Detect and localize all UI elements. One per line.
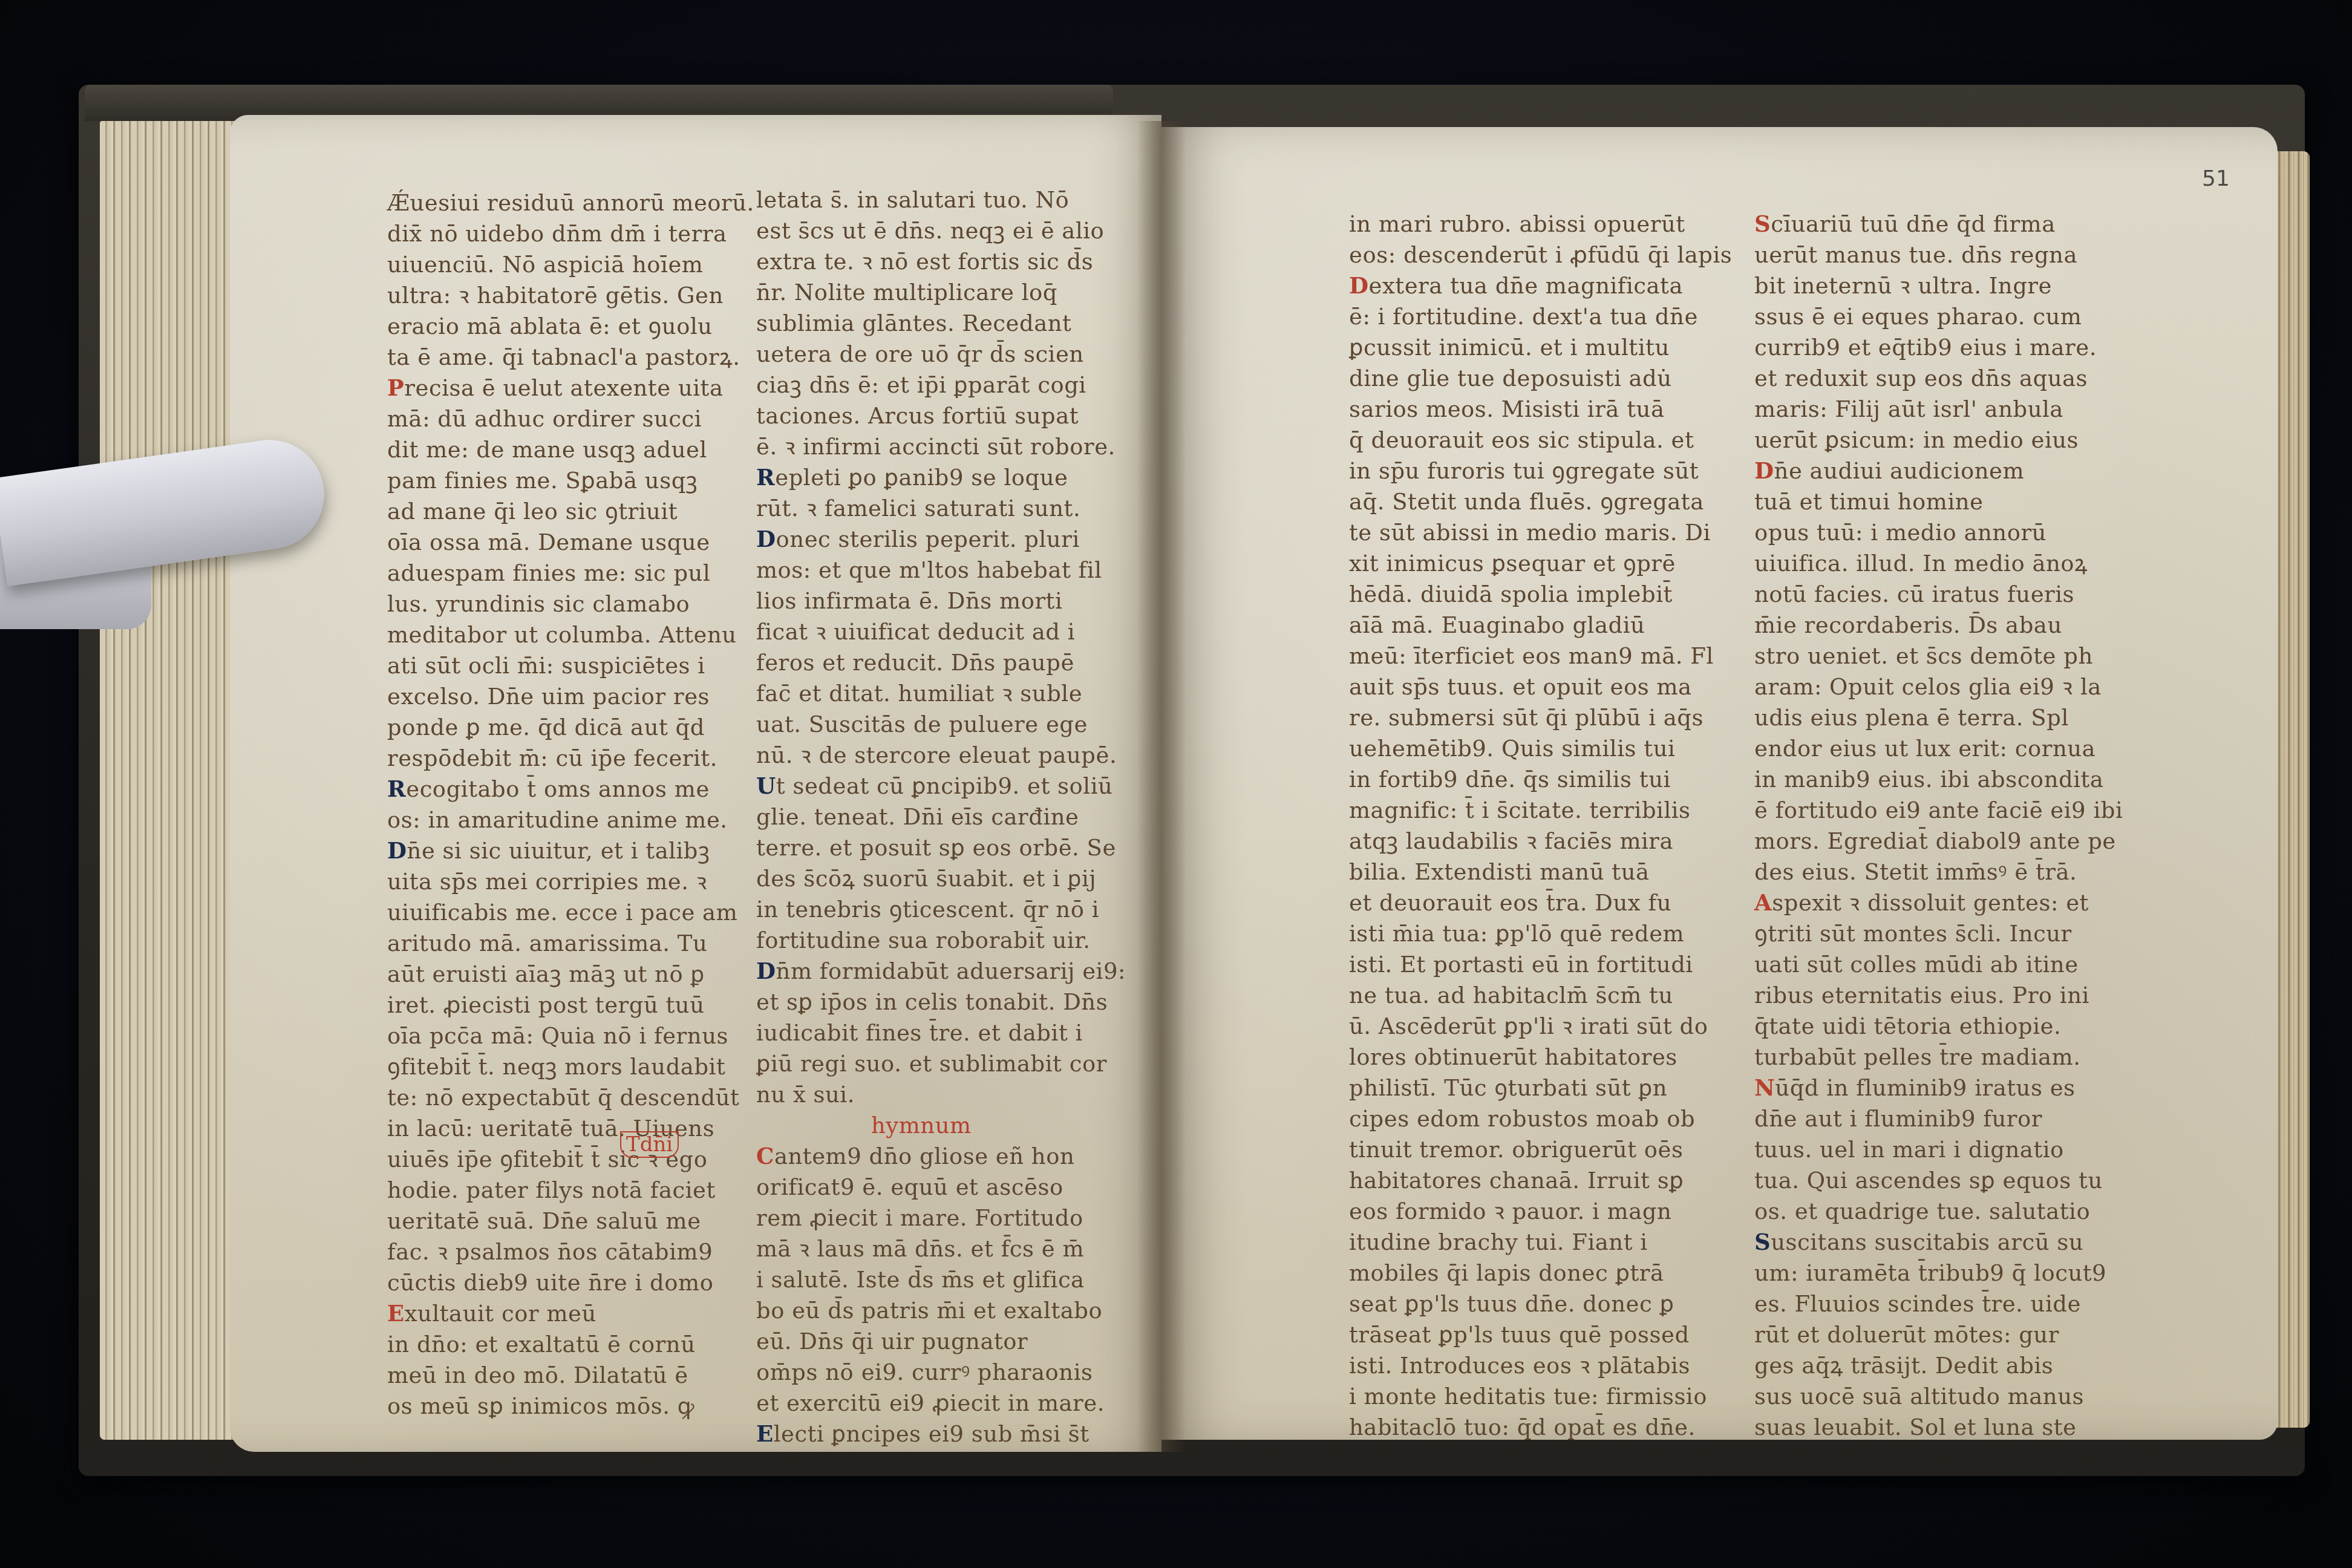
left-page-column-2: letata s̄. in salutari tuo. Nōest s̄cs u…	[756, 185, 1126, 1449]
manuscript-line: uiuēs ip̄e ꝯfitebit̄ t̄ sic ꝛ ego	[387, 1144, 754, 1175]
manuscript-line: ficat ꝛ uiuificat deducit ad i	[756, 616, 1126, 647]
decorated-initial: E	[387, 1300, 405, 1327]
manuscript-line: et deuorauit eos t̄ra. Dux fu	[1349, 887, 1732, 918]
manuscript-line: terre. et posuit sꝑ eos orbē. Se	[756, 832, 1126, 863]
manuscript-line: tuā et timui homine	[1754, 486, 2123, 517]
manuscript-line: rūt. ꝛ famelici saturati sunt.	[756, 493, 1126, 524]
manuscript-line: dine glie tue deposuisti adu̇	[1349, 363, 1732, 394]
manuscript-line: respōdebit m̄: cū ip̄e fecerit.	[387, 743, 754, 774]
decorated-initial: A	[1754, 889, 1772, 916]
manuscript-line: Cantem9 dn̄o gliose eñ hon	[756, 1141, 1126, 1172]
manuscript-line: nū. ꝛ de stercore eleuat paupē.	[756, 740, 1126, 771]
manuscript-line: iret. ꝓiecisti post tergū tuū	[387, 990, 754, 1021]
manuscript-line: Dextera tua dn̄e magnificata	[1349, 270, 1732, 301]
manuscript-line: uat. Suscitās de puluere ege	[756, 709, 1126, 740]
manuscript-line: te sūt abissi in medio maris. Di	[1349, 517, 1732, 548]
manuscript-line: isti. Et portasti eū in fortitudi	[1349, 949, 1732, 980]
manuscript-line: ad mane q̄i leo sic ꝯtriuit	[387, 496, 754, 527]
manuscript-line: aīā mā. Euaginabo gladiū	[1349, 610, 1732, 641]
manuscript-line: uiuifica. illud. In medio ānoꝝ	[1754, 548, 2123, 579]
manuscript-line: ꝯfitebit̄ t̄. neqꝫ mors laudabit	[387, 1051, 754, 1082]
manuscript-line: opus tuū: i medio annorū	[1754, 517, 2123, 548]
decorated-initial: S	[1754, 211, 1771, 237]
manuscript-line: stro ueniet. et s̄cs demōte ph	[1754, 641, 2123, 671]
rubric-hymnum: hymnum	[756, 1110, 1126, 1141]
manuscript-line: aritudo mā. amarissima. Tu	[387, 928, 754, 959]
manuscript-line: itudine brachy tui. Fiant i	[1349, 1227, 1732, 1258]
manuscript-line: mors. Egrediat̄ diabol9 ante pe	[1754, 826, 2123, 857]
manuscript-line: ssus ē ei eques pharao. cum	[1754, 301, 2123, 332]
manuscript-line: fortitudine sua roborabit̄ uir.	[756, 925, 1126, 956]
manuscript-line: auit sp̄s tuus. et opuit eos ma	[1349, 671, 1732, 702]
manuscript-line: et exercitū ei9 ꝓiecit in mare.	[756, 1388, 1126, 1419]
manuscript-line: uerūt ꝑsicum: in medio eius	[1754, 425, 2123, 456]
manuscript-line: Suscitans suscitabis arcū su	[1754, 1227, 2123, 1258]
manuscript-line: eos: descenderūt i ꝓfūdū q̄i lapis	[1349, 240, 1732, 270]
manuscript-line: aduespam finies me: sic pul	[387, 558, 754, 589]
page-stack-left	[100, 121, 251, 1440]
manuscript-line: seat ꝑp'ls tuus dn̄e. donec ꝑ	[1349, 1289, 1732, 1319]
manuscript-line: udis eius plena ē terra. Spl	[1754, 702, 2123, 733]
manuscript-line: ꝑcussit inimicū. et i multitu	[1349, 332, 1732, 363]
manuscript-line: Dn̄m formidabūt aduersarij ei9:	[756, 956, 1126, 987]
manuscript-line: um: iuramēta t̄ribub9 q̄ locut9	[1754, 1258, 2123, 1289]
manuscript-line: q̄tate uidi tētoria ethiopie.	[1754, 1011, 2123, 1042]
manuscript-line: ultra: ꝛ habitatorē gētis. Gen	[387, 280, 754, 311]
manuscript-line: re. submersi sūt q̄i plūbū i aq̄s	[1349, 702, 1732, 733]
manuscript-line: glie. teneat. Dn̄i eīs carđine	[756, 802, 1126, 832]
manuscript-line: et reduxit sup eos dn̄s aquas	[1754, 363, 2123, 394]
manuscript-line: es. Fluuios scindes t̄re. uide	[1754, 1289, 2123, 1319]
manuscript-line: ponde ꝑ me. q̄d dicā aut q̄d	[387, 712, 754, 743]
manuscript-line: lores obtinuerūt habitatores	[1349, 1042, 1732, 1073]
manuscript-line: endor eius ut lux erit: cornua	[1754, 733, 2123, 764]
manuscript-line: habitatores chanaā. Irruit sꝑ	[1349, 1165, 1732, 1196]
manuscript-line: ges aq̄ꝝ trāsijt. Dedit abis	[1754, 1350, 2123, 1381]
manuscript-line: ciaꝫ dn̄s ē: et ip̄i ꝑparāt cogi	[756, 370, 1126, 400]
manuscript-line: mā: dū adhuc ordirer succi	[387, 403, 754, 434]
decorated-initial: S	[1754, 1229, 1771, 1255]
manuscript-line: Dn̄e audiui audicionem	[1754, 456, 2123, 486]
manuscript-line: tua. Qui ascendes sꝑ equos tu	[1754, 1165, 2123, 1196]
manuscript-line: q̄ deuorauit eos sic stipula. et	[1349, 425, 1732, 456]
manuscript-line: Nūq̄d in fluminib9 iratus es	[1754, 1073, 2123, 1103]
manuscript-line: uehemētib9. Quis similis tui	[1349, 733, 1732, 764]
manuscript-line: lios infirmata ē. Dn̄s morti	[756, 586, 1126, 616]
folio-number: 51	[2202, 166, 2230, 191]
marginal-rubric: Tdn̄i	[620, 1131, 679, 1158]
manuscript-line: ta ē ame. q̄i tabnacl'a pastorꝝ.	[387, 342, 754, 373]
manuscript-line: os: in amaritudine anime me.	[387, 805, 754, 835]
right-page-column-2: Scīuariū tuū dn̄e q̄d firmauerūt manus t…	[1754, 209, 2123, 1443]
manuscript-line: bilia. Extendisti manū tuā	[1349, 857, 1732, 887]
manuscript-line: extra te. ꝛ nō est fortis sic d̄s	[756, 246, 1126, 277]
manuscript-line: uiuificabis me. ecce i pace am	[387, 897, 754, 928]
manuscript-line: bo eū d̄s patris m̄i et exaltabo	[756, 1295, 1126, 1326]
decorated-initial: C	[756, 1143, 774, 1169]
manuscript-line: Recogitabo t̄ oms annos me	[387, 774, 754, 805]
manuscript-line: tuus. uel in mari i dignatio	[1754, 1134, 2123, 1165]
manuscript-line: eos formido ꝛ pauor. i magn	[1349, 1196, 1732, 1227]
manuscript-line: excelso. Dn̄e uim pacior res	[387, 681, 754, 712]
manuscript-line: in tenebris ꝯticescent. q̄r nō i	[756, 894, 1126, 925]
manuscript-line: in dn̄o: et exaltatū ē cornū	[387, 1329, 754, 1360]
manuscript-line: cūctis dieb9 uite n̄re i domo	[387, 1267, 754, 1298]
manuscript-line: iudicabit fines t̄re. et dabit i	[756, 1018, 1126, 1048]
manuscript-line: fac. ꝛ psalmos n̄os cātabim9	[387, 1236, 754, 1267]
manuscript-line: mos: et que m'ltos habebat fil	[756, 555, 1126, 586]
manuscript-line: Exultauit cor meū	[387, 1298, 754, 1329]
decorated-initial: D	[1754, 457, 1774, 484]
decorated-initial: E	[756, 1420, 774, 1447]
manuscript-line: ꝯtriti sūt montes s̄cli. Incur	[1754, 918, 2123, 949]
manuscript-line: eū. Dn̄s q̄i uir pugnator	[756, 1326, 1126, 1357]
manuscript-line: ueritatē suā. Dn̄e saluū me	[387, 1206, 754, 1236]
manuscript-line: magnific: t̄ i s̄citate. terribilis	[1349, 795, 1732, 826]
manuscript-line: des s̄cōꝝ suorū s̄uabit. et i ꝑij	[756, 863, 1126, 894]
manuscript-line: sublimia glāntes. Recedant	[756, 308, 1126, 339]
manuscript-line: aram: Opuit celos glia ei9 ꝛ la	[1754, 671, 2123, 702]
manuscript-line: in lacū: ueritatē tuā. Uiuens	[387, 1113, 754, 1144]
manuscript-line: dit me: de mane usqꝫ aduel	[387, 434, 754, 465]
manuscript-line: tinuit tremor. obriguerūt oēs	[1349, 1134, 1732, 1165]
manuscript-line: aq̄. Stetit unda fluēs. ꝯgregata	[1349, 486, 1732, 517]
manuscript-line: eracio mā ablata ē: et ꝯuolu	[387, 311, 754, 342]
manuscript-line: oīa ossa mā. Demane usque	[387, 527, 754, 558]
manuscript-line: xit inimicus ꝑsequar et ꝯprē	[1349, 548, 1732, 579]
manuscript-line: orificat9 ē. equū et ascēso	[756, 1172, 1126, 1203]
manuscript-line: notū facies. cū iratus fueris	[1754, 579, 2123, 610]
decorated-initial: D	[756, 526, 776, 552]
manuscript-line: Donec sterilis peperit. pluri	[756, 524, 1126, 555]
decorated-initial: D	[387, 837, 407, 864]
manuscript-line: sus uocē suā altitudo manus	[1754, 1381, 2123, 1412]
decorated-initial: R	[756, 464, 775, 491]
manuscript-line: Aspexit ꝛ dissoluit gentes: et	[1754, 887, 2123, 918]
manuscript-line: dix̄ nō uidebo dn̄m dm̄ i terra	[387, 218, 754, 249]
manuscript-line: ē. ꝛ infirmi accincti sūt robore.	[756, 431, 1126, 462]
decorated-initial: P	[387, 374, 404, 401]
manuscript-line: uetera de ore uō q̄r d̄s scien	[756, 339, 1126, 370]
right-page-column-1: in mari rubro. abissi opuerūteos: descen…	[1349, 209, 1732, 1443]
manuscript-line: meditabor ut columba. Attenu	[387, 619, 754, 650]
manuscript-line: maris: Filij aūt isrl' anbula	[1754, 394, 2123, 425]
manuscript-line: isti m̄ia tua: ꝑp'lō quē redem	[1349, 918, 1732, 949]
manuscript-line: atqꝫ laudabilis ꝛ faciēs mira	[1349, 826, 1732, 857]
manuscript-line: est s̄cs ut ē dn̄s. neqꝫ ei ē alio	[756, 215, 1126, 246]
left-page-column-1: Ǽuesiui residuū annorū meorū.dix̄ nō uid…	[387, 188, 754, 1422]
manuscript-line: nu x̄ sui.	[756, 1079, 1126, 1110]
manuscript-line: meū in deo mō. Dilatatū ē	[387, 1360, 754, 1391]
manuscript-line: i monte heditatis tue: firmissio	[1349, 1381, 1732, 1412]
manuscript-line: m̄ie recordaberis. D̄s abau	[1754, 610, 2123, 641]
manuscript-line: taciones. Arcus fortiū supat	[756, 400, 1126, 431]
manuscript-line: rūt et doluerūt mōtes: gur	[1754, 1319, 2123, 1350]
manuscript-line: uerūt manus tue. dn̄s regna	[1754, 240, 2123, 270]
manuscript-line: ꝑiū regi suo. et sublimabit cor	[756, 1048, 1126, 1079]
manuscript-line: turbabūt pelles t̄re madiam.	[1754, 1042, 2123, 1073]
manuscript-line: ati sūt ocli m̄i: suspiciētes i	[387, 650, 754, 681]
manuscript-line: lus. yrundinis sic clamabo	[387, 589, 754, 619]
manuscript-line: uita sp̄s mei corripies me. ꝛ	[387, 866, 754, 897]
manuscript-line: os. et quadrige tue. salutatio	[1754, 1196, 2123, 1227]
manuscript-line: sarios meos. Misisti irā tuā	[1349, 394, 1732, 425]
manuscript-line: Ǽuesiui residuū annorū meorū.	[387, 188, 754, 218]
manuscript-line: letata s̄. in salutari tuo. Nō	[756, 185, 1126, 215]
manuscript-line: Dn̄e si sic uiuitur, et i talibꝫ	[387, 835, 754, 866]
manuscript-line: in mari rubro. abissi opuerūt	[1349, 209, 1732, 240]
manuscript-line: ē: i fortitudine. dext'a tua dn̄e	[1349, 301, 1732, 332]
manuscript-line: mobiles q̄i lapis donec ꝑtrā	[1349, 1258, 1732, 1289]
manuscript-line: Repleti ꝑo ꝑanib9 se loque	[756, 462, 1126, 493]
manuscript-line: Precisa ē uelut atexente uita	[387, 373, 754, 403]
manuscript-line: in sp̄u furoris tui ꝯgregate sūt	[1349, 456, 1732, 486]
manuscript-line: ne tua. ad habitaclm̄ s̄cm̄ tu	[1349, 980, 1732, 1011]
manuscript-line: in fortib9 dn̄e. q̄s similis tui	[1349, 764, 1732, 795]
manuscript-line: os meū sꝑ inimicos mōs. ꝙ	[387, 1391, 754, 1422]
decorated-initial: D	[1349, 272, 1369, 299]
manuscript-line: des eius. Stetit imm̄sꝰ ē t̄rā.	[1754, 857, 2123, 887]
manuscript-line: feros et reducit. Dn̄s paupē	[756, 647, 1126, 678]
manuscript-line: bit ineternū ꝛ ultra. Ingre	[1754, 270, 2123, 301]
manuscript-line: ribus eternitatis eius. Pro ini	[1754, 980, 2123, 1011]
manuscript-line: cipes edom robustos moab ob	[1349, 1103, 1732, 1134]
manuscript-line: isti. Introduces eos ꝛ plātabis	[1349, 1350, 1732, 1381]
decorated-initial: R	[387, 776, 406, 802]
page-stack-right	[2275, 151, 2310, 1428]
manuscript-line: pam finies me. Sꝑabā usqꝫ	[387, 465, 754, 496]
manuscript-line: mā ꝛ laus mā dn̄s. et f̄cs ē m̄	[756, 1233, 1126, 1264]
manuscript-line: trāseat ꝑp'ls tuus quē possed	[1349, 1319, 1732, 1350]
manuscript-line: om̄ps nō ei9. currꝰ pharaonis	[756, 1357, 1126, 1388]
manuscript-line: ē fortitudo ei9 ante faciē ei9 ibi	[1754, 795, 2123, 826]
manuscript-line: uiuenciū. Nō aspiciā hoīem	[387, 249, 754, 280]
manuscript-line: n̄r. Nolite multiplicare loq̄	[756, 277, 1126, 308]
manuscript-line: hēdā. diuidā spolia implebit̄	[1349, 579, 1732, 610]
manuscript-line: Ut sedeat cū ꝑncipib9. et soliū	[756, 771, 1126, 802]
manuscript-line: oīa pcc̄a mā: Quia nō i fernus	[387, 1021, 754, 1051]
manuscript-line: philistī. Tūc ꝯturbati sūt ꝑn	[1349, 1073, 1732, 1103]
decorated-initial: N	[1754, 1074, 1775, 1101]
manuscript-line: hodie. pater filys notā faciet	[387, 1175, 754, 1206]
manuscript-line: aūt eruisti aīaꝫ māꝫ ut nō ꝑ	[387, 959, 754, 990]
manuscript-line: uati sūt colles mūdi ab itine	[1754, 949, 2123, 980]
manuscript-line: Electi ꝑncipes ei9 sub m̄si s̄t	[756, 1419, 1126, 1449]
manuscript-line: habitaclō tuo: q̄d opat̄ es dn̄e.	[1349, 1412, 1732, 1443]
decorated-initial: D	[756, 958, 776, 984]
manuscript-line: rem ꝓiecit i mare. Fortitudo	[756, 1203, 1126, 1233]
manuscript-line: ū. Ascēderūt ꝑp'li ꝛ irati sūt do	[1349, 1011, 1732, 1042]
manuscript-line: Scīuariū tuū dn̄e q̄d firma	[1754, 209, 2123, 240]
manuscript-line: suas leuabit. Sol et luna ste	[1754, 1412, 2123, 1443]
manuscript-line: fac̄ et ditat. humiliat ꝛ suble	[756, 678, 1126, 709]
manuscript-line: in manib9 eius. ibi abscondita	[1754, 764, 2123, 795]
book-gutter	[1137, 121, 1186, 1452]
manuscript-line: te: nō expectabūt q̄ descendūt	[387, 1082, 754, 1113]
manuscript-line: i salutē. Iste d̄s m̄s et glifica	[756, 1264, 1126, 1295]
manuscript-line: dn̄e aut i fluminib9 furor	[1754, 1103, 2123, 1134]
manuscript-line: currib9 et eq̄tib9 eius i mare.	[1754, 332, 2123, 363]
manuscript-line: meū: īterficiet eos man9 mā. Fl	[1349, 641, 1732, 671]
decorated-initial: U	[756, 773, 776, 799]
manuscript-line: et sꝑ ip̄os in celis tonabit. Dn̄s	[756, 987, 1126, 1018]
